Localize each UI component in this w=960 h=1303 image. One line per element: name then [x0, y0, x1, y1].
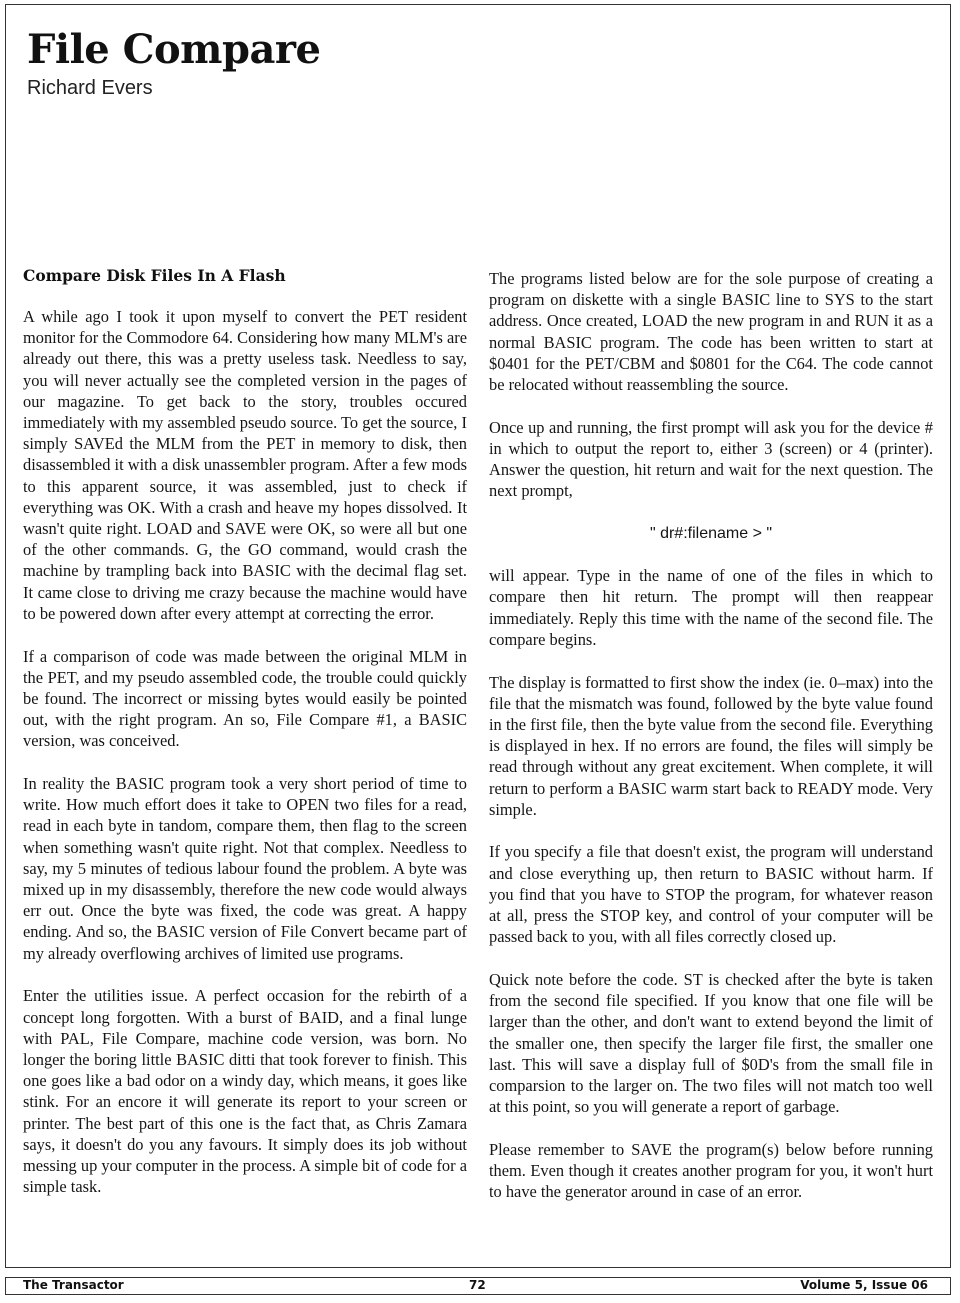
paragraph: If you specify a file that doesn't exist… — [489, 841, 933, 947]
page-number: 72 — [469, 1278, 486, 1293]
paragraph: If a comparison of code was made between… — [23, 646, 467, 752]
paragraph: A while ago I took it upon myself to con… — [23, 306, 467, 624]
paragraph: Please remember to SAVE the program(s) b… — [489, 1139, 933, 1203]
page-footer: The Transactor 72 Volume 5, Issue 06 — [5, 1277, 951, 1295]
article-title: File Compare — [27, 30, 320, 70]
publication-name: The Transactor — [23, 1278, 124, 1293]
paragraph: The programs listed below are for the so… — [489, 268, 933, 395]
article-author: Richard Evers — [27, 77, 153, 100]
prompt-example: " dr#:filename > " — [489, 523, 933, 544]
paragraph: will appear. Type in the name of one of … — [489, 565, 933, 650]
article-subheading: Compare Disk Files In A Flash — [23, 265, 467, 286]
issue-label: Volume 5, Issue 06 — [800, 1278, 928, 1293]
right-column: The programs listed below are for the so… — [489, 268, 933, 1224]
paragraph: In reality the BASIC program took a very… — [23, 773, 467, 964]
paragraph: Enter the utilities issue. A perfect occ… — [23, 985, 467, 1197]
paragraph: Once up and running, the first prompt wi… — [489, 417, 933, 502]
paragraph: The display is formatted to first show t… — [489, 672, 933, 820]
paragraph: Quick note before the code. ST is checke… — [489, 969, 933, 1117]
left-column: Compare Disk Files In A Flash A while ag… — [23, 265, 467, 1219]
